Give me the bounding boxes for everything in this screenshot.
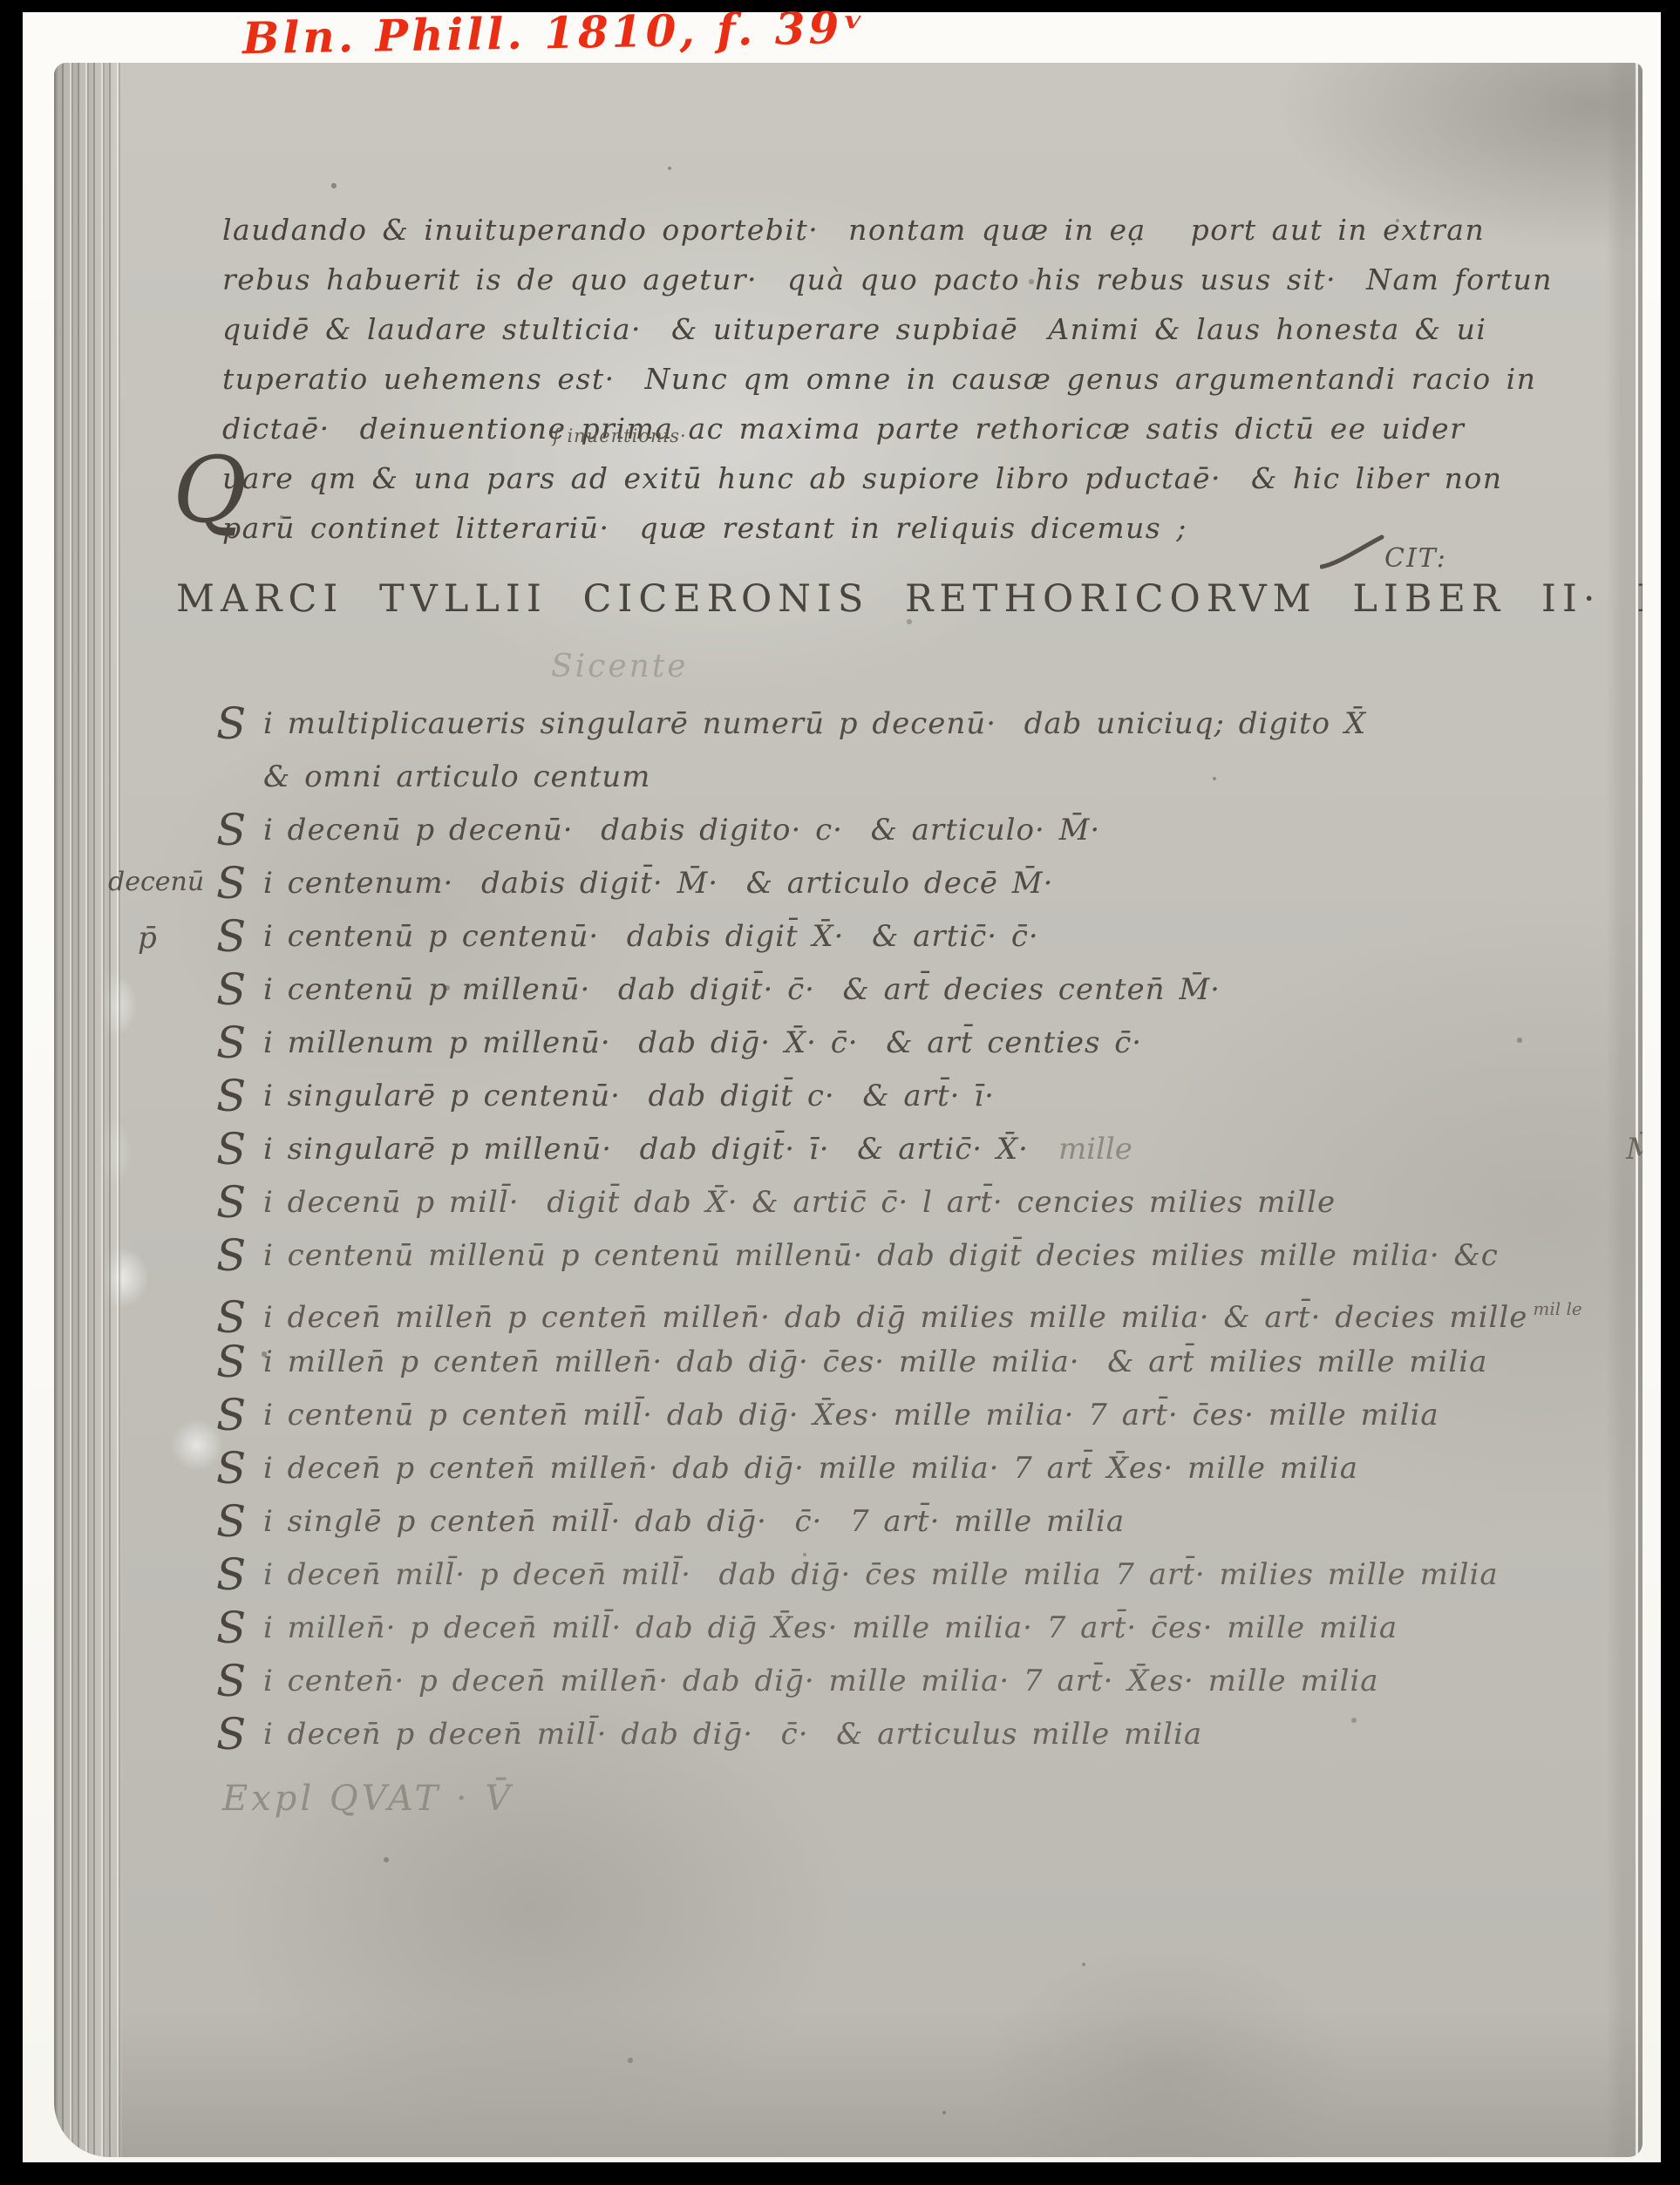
list-row: Si decen̄ p decen̄ mill̄· dab diḡ· c̄· … xyxy=(216,1708,1643,1761)
list-row-text: i centenū p centenū· dabis digit̄ X̄· & … xyxy=(263,919,1039,954)
list-row: Si millenum p millenū· dab diḡ· X̄· c̄·… xyxy=(216,1017,1643,1070)
superscript-note: mil le xyxy=(1533,1298,1581,1319)
list-row-text: i centenum· dabis digit̄· M̄· & articulo… xyxy=(263,866,1053,901)
list-row-text: i millenum p millenū· dab diḡ· X̄· c̄· … xyxy=(263,1025,1142,1060)
list-row-text: i decen̄ mill̄· p decen̄ mill̄· dab diḡ… xyxy=(263,1557,1499,1592)
paragraph-line: rebus habuerit is de quo agetur· quà quo… xyxy=(222,255,1643,304)
photo-backing: Bln. Phill. 1810, f. 39ᵛ laudando & inui… xyxy=(23,12,1661,2162)
quire-swash-icon xyxy=(1320,534,1384,574)
list-row: Si singularē p centenū· dab digit̄ c· & … xyxy=(216,1070,1643,1123)
list-row-text: i centenū p millenū· dab digit̄· c̄· & a… xyxy=(263,972,1221,1007)
initial-s: S xyxy=(216,1602,263,1655)
initial-s: S xyxy=(216,1070,263,1123)
ink-specks xyxy=(54,63,56,65)
list-row: Si centenū p millenū· dab digit̄· c̄· & … xyxy=(216,963,1643,1017)
list-row-text: i decen̄ p decen̄ mill̄· dab diḡ· c̄· &… xyxy=(263,1717,1202,1752)
paragraph-line: uare qm & una pars ad exitū hunc ab supi… xyxy=(222,453,1643,503)
initial-s: S xyxy=(216,1123,263,1176)
initial-s: S xyxy=(216,963,263,1017)
list-row-text: i centenū p centen̄ mill̄· dab diḡ· X̄e… xyxy=(263,1398,1439,1433)
list-row: Si millen̄ p centen̄ millen̄· dab diḡ· … xyxy=(216,1336,1643,1389)
initial-s: S xyxy=(216,1336,263,1389)
initial-s: S xyxy=(216,804,263,857)
decorated-initial-q: Q xyxy=(173,445,247,535)
explicit-line: MARCI TVLLII CICERONIS RETHORICORVM LIBE… xyxy=(176,577,1643,621)
list-row: Si millen̄· p decen̄ mill̄· dab diḡ X̄e… xyxy=(216,1602,1643,1655)
initial-s: S xyxy=(216,1708,263,1761)
photograph-frame: { "annotation": { "text": "Bln. Phill. 1… xyxy=(0,0,1680,2185)
list-row: & omni articulo centum xyxy=(216,751,1643,804)
initial-s: S xyxy=(216,910,263,963)
list-row-text: i decenū p mill̄· digit̄ dab X̄· & artic… xyxy=(263,1185,1336,1220)
initial-s: S xyxy=(216,1442,263,1495)
list-row-text: i singlē p centen̄ mill̄· dab diḡ· c̄· … xyxy=(263,1504,1125,1539)
list-row: Si multiplicaueris singularē numerū p de… xyxy=(216,698,1643,751)
list-row: Si decenū p mill̄· digit̄ dab X̄· & arti… xyxy=(216,1176,1643,1229)
bottom-explicit: Expl QVAT · V̄ xyxy=(222,1779,514,1819)
list-row-text: i singularē p millenū· dab digit̄· ī· & … xyxy=(263,1132,1029,1167)
edge-note: M̄ xyxy=(1626,1123,1643,1176)
list-row: Si decenū p decenū· dabis digito· c· & a… xyxy=(216,804,1643,857)
list-row: Si decen̄ p centen̄ millen̄· dab diḡ· m… xyxy=(216,1442,1643,1495)
list-row-text: i decenū p decenū· dabis digito· c· & ar… xyxy=(263,813,1100,847)
page-gutter-edges xyxy=(54,63,122,2157)
paragraph-block: laudando & inuituperando oportebit· nont… xyxy=(222,205,1643,553)
quire-mark: CIT: xyxy=(1320,534,1447,574)
list-row: Si singlē p centen̄ mill̄· dab diḡ· c̄·… xyxy=(216,1495,1643,1549)
list-row-text: i multiplicaueris singularē numerū p dec… xyxy=(263,706,1366,741)
list-row-text: i millen̄· p decen̄ mill̄· dab diḡ X̄es… xyxy=(263,1610,1398,1645)
list-row-text: i millen̄ p centen̄ millen̄· dab diḡ· c… xyxy=(263,1344,1487,1379)
initial-s: S xyxy=(216,1655,263,1708)
paragraph-line: laudando & inuituperando oportebit· nont… xyxy=(222,205,1643,255)
list-row: Si singularē p millenū· dab digit̄· ī· &… xyxy=(216,1123,1643,1176)
initial-s: S xyxy=(216,1389,263,1442)
paragraph-line: tuperatio uehemens est· Nunc qm omne in … xyxy=(222,354,1643,404)
list-row: Si centenum· dabis digit̄· M̄· & articul… xyxy=(216,857,1643,910)
list-row: Si centenū p centen̄ mill̄· dab diḡ· X̄… xyxy=(216,1389,1643,1442)
paragraph-line: quidē & laudare stulticia· & uituperare … xyxy=(222,304,1643,354)
paragraph-line: dictaē· deinuentione prima ac maxima par… xyxy=(222,404,1643,453)
list-row-text: i centen̄· p decen̄ millen̄· dab diḡ· m… xyxy=(263,1664,1379,1698)
initial-s: S xyxy=(216,1495,263,1549)
initial-s: S xyxy=(216,1176,263,1229)
initial-s: S xyxy=(216,1549,263,1602)
initial-s: S xyxy=(216,857,263,910)
list-row-text: & omni articulo centum xyxy=(263,759,650,794)
faded-tail: mille xyxy=(1058,1132,1132,1167)
interlinear-gloss: ſ inuentionis· xyxy=(553,425,687,446)
list-row-text: i decen̄ p centen̄ millen̄· dab diḡ· mi… xyxy=(263,1451,1358,1486)
shelfmark-annotation: Bln. Phill. 1810, f. 39ᵛ xyxy=(242,2,868,65)
list-row-text: i centenū millenū p centenū millenū· dab… xyxy=(263,1238,1499,1273)
list-row: Si decen̄ mill̄· p decen̄ mill̄· dab dig… xyxy=(216,1549,1643,1602)
list-row: Si centen̄· p decen̄ millen̄· dab diḡ· … xyxy=(216,1655,1643,1708)
margin-note-decenu: decenū xyxy=(108,867,204,897)
quire-mark-label: CIT: xyxy=(1384,543,1447,574)
list-row: Si centenū millenū p centenū millenū· da… xyxy=(216,1229,1643,1283)
initial-s: S xyxy=(216,1017,263,1070)
list-row-text: i decen̄ millen̄ p centen̄ millen̄· dab … xyxy=(263,1300,1527,1335)
initial-s: S xyxy=(216,698,263,751)
multiplication-list: Si multiplicaueris singularē numerū p de… xyxy=(216,698,1643,1761)
list-row-text: i singularē p centenū· dab digit̄ c· & a… xyxy=(263,1079,995,1113)
list-row: Si decen̄ millen̄ p centen̄ millen̄· dab… xyxy=(216,1283,1643,1336)
margin-note-per: p̄ xyxy=(138,921,157,956)
faded-rubric: Sicente xyxy=(551,649,689,684)
initial-s: S xyxy=(216,1229,263,1283)
list-row: Si centenū p centenū· dabis digit̄ X̄· &… xyxy=(216,910,1643,963)
manuscript-page: laudando & inuituperando oportebit· nont… xyxy=(54,63,1643,2157)
